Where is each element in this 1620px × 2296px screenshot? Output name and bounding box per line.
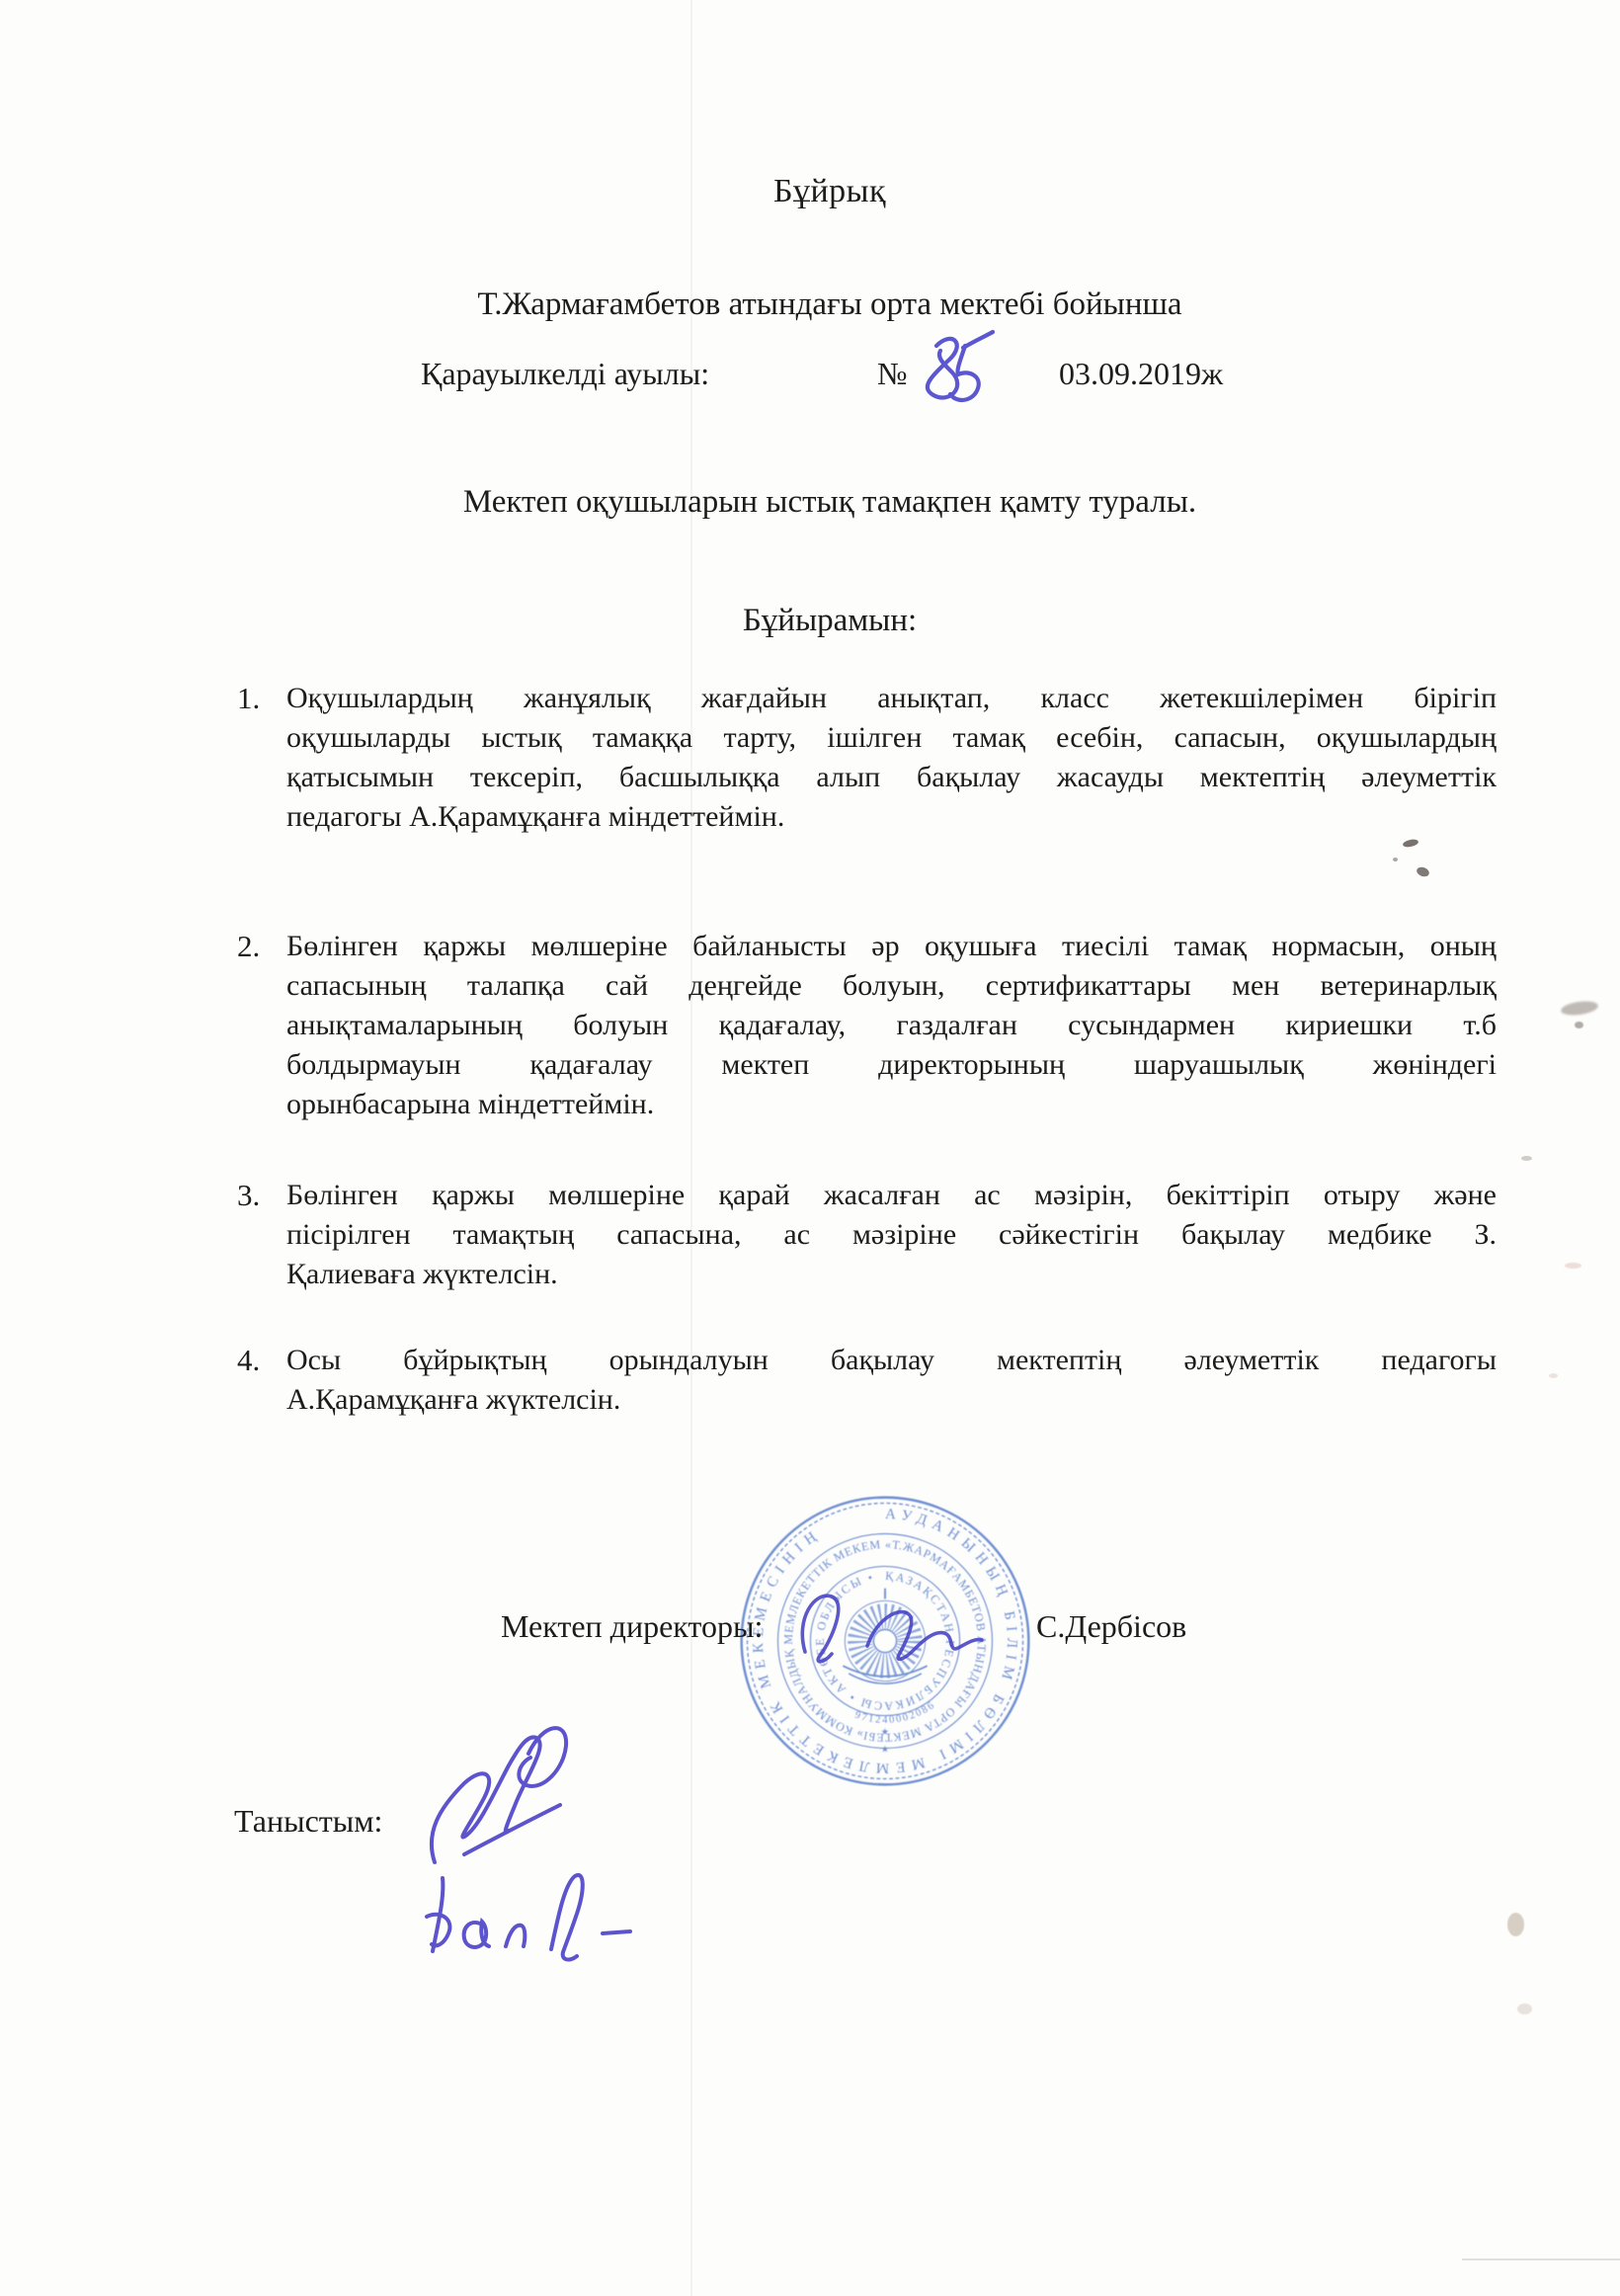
scan-artifact (1549, 1373, 1558, 1378)
item-number: 3. (237, 1176, 283, 1215)
item-text-line: болдырмауын қадағалау мектеп директорыны… (286, 1045, 1497, 1085)
scan-artifact (1565, 1263, 1581, 1269)
order-intro: Бұйырамын: (198, 603, 1462, 639)
scan-artifact (1462, 2258, 1620, 2260)
scan-artifact (1393, 858, 1398, 861)
order-date: 03.09.2019ж (1059, 356, 1223, 392)
scan-artifact (1416, 865, 1430, 878)
scan-artifact (1507, 1913, 1524, 1936)
item-text-line: Бөлінген қаржы мөлшеріне қарай жасалған … (286, 1176, 1497, 1215)
scan-artifact (1521, 1156, 1532, 1161)
item-text-line: қатысымын тексеріп, басшылыққа алып бақы… (286, 758, 1497, 797)
order-item-3: 3. Бөлінген қаржы мөлшеріне қарай жасалғ… (237, 1176, 1501, 1294)
scan-artifact (1560, 999, 1598, 1017)
item-text-line: Оқушылардың жанұялық жағдайын анықтап, к… (286, 679, 1497, 718)
place-label: Қарауылкелді ауылы: (421, 356, 709, 392)
scan-artifact (1517, 2004, 1532, 2014)
stamp-star-icon: ★ (881, 1727, 890, 1738)
order-item-1: 1. Оқушылардың жанұялық жағдайын анықтап… (237, 679, 1501, 837)
scan-artifact (1575, 1022, 1583, 1028)
item-text-line: педагогы А.Қарамұқанға міндеттеймін. (286, 797, 1497, 837)
order-item-4: 4. Осы бұйрықтың орындалуын бақылау мект… (237, 1341, 1501, 1420)
handwritten-order-number (887, 326, 996, 415)
director-label: Мектеп директоры: (501, 1608, 763, 1645)
stamp-star-icon: ★ (881, 1744, 890, 1755)
item-text-line: Осы бұйрықтың орындалуын бақылау мектепт… (286, 1341, 1497, 1380)
acknowledged-label: Таныстым: (234, 1803, 382, 1840)
order-subject: Мектеп оқушыларын ыстық тамақпен қамту т… (198, 484, 1462, 521)
acknowledgement-signature-1 (410, 1714, 598, 1882)
order-meta-row: Қарауылкелді ауылы: № 03.09.2019ж (0, 356, 1620, 399)
director-name: С.Дербісов (1036, 1608, 1186, 1645)
item-number: 2. (237, 927, 283, 966)
acknowledgement-signature-2 (415, 1862, 647, 1966)
document-title: Бұйрық (198, 173, 1462, 210)
paper-fold-line (690, 0, 692, 2296)
scan-artifact (1402, 838, 1418, 848)
item-number: 1. (237, 679, 283, 718)
item-text-line: Қалиеваға жүктелсін. (286, 1255, 1497, 1294)
item-text-line: А.Қарамұқанға жүктелсін. (286, 1380, 1497, 1420)
item-number: 4. (237, 1341, 283, 1380)
item-text-line: анықтамаларының болуын қадағалау, газдал… (286, 1006, 1497, 1045)
organization-line: Т.Жармағамбетов атындағы орта мектебі бо… (198, 287, 1462, 323)
item-text-line: орынбасарына міндеттеймін. (286, 1085, 1497, 1124)
item-text-line: сапасының талапқа сай деңгейде болуын, с… (286, 966, 1497, 1006)
order-item-2: 2. Бөлінген қаржы мөлшеріне байланысты ә… (237, 927, 1501, 1124)
item-text-line: оқушыларды ыстық тамаққа тарту, ішілген … (286, 718, 1497, 758)
scanned-order-document: Бұйрық Т.Жармағамбетов атындағы орта мек… (0, 0, 1620, 2296)
director-signature-row: Мектеп директоры: С.Дербісов (0, 1608, 1620, 1652)
item-text-line: пісірілген тамақтың сапасына, ас мәзірін… (286, 1215, 1497, 1255)
item-text-line: Бөлінген қаржы мөлшеріне байланысты әр о… (286, 927, 1497, 966)
